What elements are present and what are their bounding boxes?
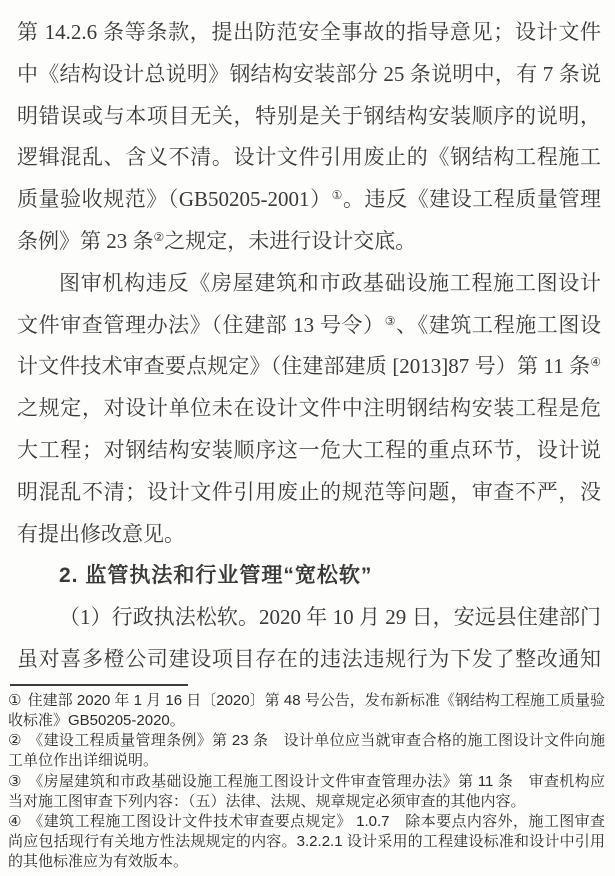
body-line: 条例》第 23 条②之规定，未进行设计交底。 <box>17 221 601 263</box>
body-line: （1）行政执法松软。2020 年 10 月 29 日，安远县住建部门 <box>17 597 601 639</box>
footnote-item: ② 《建设工程质量管理条例》第 23 条 设计单位应当就审查合格的施工图设计文件… <box>8 731 605 771</box>
body-text: 第 14.2.6 条等条款，提出防范安全事故的指导意见；设计文件中《结构设计总说… <box>0 0 615 681</box>
footnote-list: ① 住建部 2020 年 1 月 16 日〔2020〕第 48 号公告，发布新标… <box>8 691 605 873</box>
body-line: 明混乱不清；设计文件引用废止的规范等问题，审查不严，没 <box>17 472 601 514</box>
body-line: 计文件技术审查要点规定》（住建部建质 [2013]87 号）第 11 条④ <box>17 346 601 388</box>
body-line: 有提出修改意见。 <box>17 514 601 556</box>
footnote-item: ④ 《建筑工程施工图设计文件技术审查要点规定》 1.0.7 除本要点内容外，施工… <box>8 812 605 873</box>
body-line: 大工程；对钢结构安装顺序这一危大工程的重点环节，设计说 <box>17 430 601 472</box>
footnote-item: ① 住建部 2020 年 1 月 16 日〔2020〕第 48 号公告，发布新标… <box>8 691 605 731</box>
body-line: 之规定，对设计单位未在设计文件中注明钢结构安装工程是危 <box>17 388 601 430</box>
document-page: 第 14.2.6 条等条款，提出防范安全事故的指导意见；设计文件中《结构设计总说… <box>0 0 615 876</box>
footnote-text: 《房屋建筑和市政基础设施工程施工图设计文件审查管理办法》第 11 条 审查机构应… <box>8 773 605 810</box>
footnote-text: 《建设工程质量管理条例》第 23 条 设计单位应当就审查合格的施工图设计文件向施… <box>8 732 605 769</box>
footnote-separator <box>10 684 188 686</box>
body-line: 第 14.2.6 条等条款，提出防范安全事故的指导意见；设计文件 <box>17 12 601 54</box>
footnotes-section: ① 住建部 2020 年 1 月 16 日〔2020〕第 48 号公告，发布新标… <box>0 684 615 873</box>
body-line: 虽对喜多橙公司建设项目存在的违法违规行为下发了整改通知 <box>17 639 601 681</box>
body-line: 文件审查管理办法》（住建部 13 号令）③、《建筑工程施工图设 <box>17 305 601 347</box>
footnote-ref: ① <box>332 188 343 202</box>
footnote-text: 住建部 2020 年 1 月 16 日〔2020〕第 48 号公告，发布新标准《… <box>8 692 605 729</box>
body-line: 逻辑混乱、含义不清。设计文件引用废止的《钢结构工程施工 <box>17 137 601 179</box>
footnote-marker: ③ <box>8 773 24 790</box>
footnote-ref: ③ <box>385 314 396 328</box>
body-line: 质量验收规范》（GB50205-2001）①。违反《建设工程质量管理 <box>17 179 601 221</box>
footnote-marker: ④ <box>8 813 24 830</box>
footnote-marker: ② <box>8 732 24 749</box>
footnote-marker: ① <box>8 692 23 709</box>
footnote-text: 《建筑工程施工图设计文件技术审查要点规定》 1.0.7 除本要点内容外，施工图审… <box>8 813 605 870</box>
footnote-ref: ② <box>154 230 165 244</box>
body-line: 中《结构设计总说明》钢结构安装部分 25 条说明中，有 7 条说 <box>17 54 601 96</box>
footnote-ref: ④ <box>590 355 601 369</box>
section-heading: 2. 监管执法和行业管理“宽松软” <box>17 555 601 597</box>
body-line: 图审机构违反《房屋建筑和市政基础设施工程施工图设计 <box>17 263 601 305</box>
footnote-item: ③ 《房屋建筑和市政基础设施工程施工图设计文件审查管理办法》第 11 条 审查机… <box>8 772 605 812</box>
body-line: 明错误或与本项目无关，特别是关于钢结构安装顺序的说明， <box>17 96 601 138</box>
